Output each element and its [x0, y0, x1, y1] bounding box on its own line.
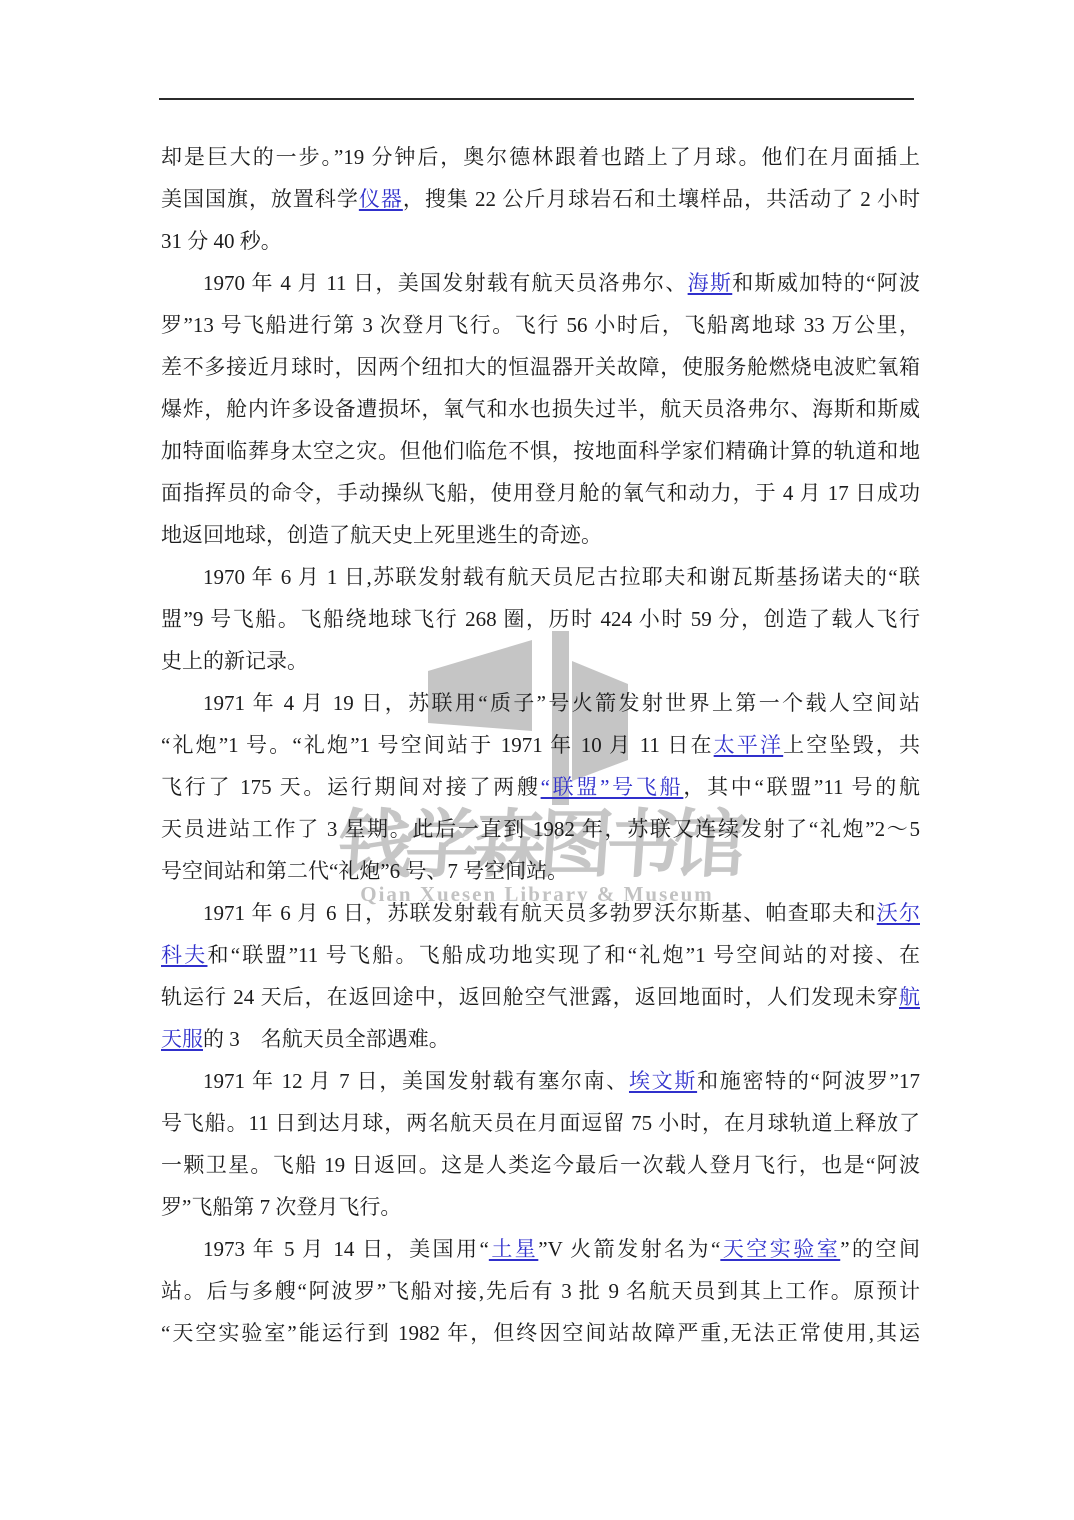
- text-line: 科夫和“联盟”11 号飞船。飞船成功地实现了和“礼炮”1 号空间站的对接、在: [161, 934, 920, 976]
- text-run: 1970 年 4 月 11 日，美国发射载有航天员洛弗尔、: [203, 271, 688, 295]
- doc-link[interactable]: 沃尔: [877, 901, 920, 925]
- doc-link[interactable]: 科夫: [161, 943, 207, 967]
- text-run: 面指挥员的命令，手动操纵飞船，使用登月舱的氧气和动力，于 4 月 17 日成功: [161, 481, 920, 505]
- text-run: 却是巨大的一步。”19 分钟后，奥尔德林跟着也踏上了月球。他们在月面插上: [161, 145, 920, 169]
- text-run: 1971 年 12 月 7 日，美国发射载有塞尔南、: [203, 1069, 629, 1093]
- text-run: ”V 火箭发射名为“: [538, 1237, 720, 1261]
- doc-link[interactable]: 仪器: [359, 187, 403, 211]
- document-page: 钱学森图书馆 Qian Xuesen Library & Museum 却是巨大…: [0, 0, 1074, 1520]
- text-run: 轨运行 24 天后，在返回途中，返回舱空气泄露，返回地面时，人们发现未穿: [161, 985, 899, 1009]
- text-line: 地返回地球，创造了航天史上死里逃生的奇迹。: [161, 514, 920, 556]
- text-run: 和斯威加特的“阿波: [732, 271, 920, 295]
- text-run: 号空间站和第二代“礼炮”6 号、7 号空间站。: [161, 859, 568, 883]
- text-run: 美国国旗，放置科学: [161, 187, 359, 211]
- text-run: 1971 年 4 月 19 日，苏联用“质子”号火箭发射世界上第一个载人空间站: [203, 691, 920, 715]
- text-run: 加特面临葬身太空之灾。但他们临危不惧，按地面科学家们精确计算的轨道和地: [161, 439, 920, 463]
- text-run: 地返回地球，创造了航天史上死里逃生的奇迹。: [161, 523, 602, 547]
- text-line: 美国国旗，放置科学仪器，搜集 22 公斤月球岩石和土壤样品，共活动了 2 小时: [161, 178, 920, 220]
- doc-link[interactable]: 埃文斯: [629, 1069, 697, 1093]
- text-run: 天员进站工作了 3 星期。此后一直到 1982 年，苏联又连续发射了“礼炮”2～…: [161, 817, 920, 841]
- text-run: 罗”13 号飞船进行第 3 次登月飞行。飞行 56 小时后，飞船离地球 33 万…: [161, 313, 920, 337]
- text-line: 史上的新记录。: [161, 640, 920, 682]
- text-run: 一颗卫星。飞船 19 日返回。这是人类迄今最后一次载人登月飞行，也是“阿波: [161, 1153, 920, 1177]
- text-line: 飞行了 175 天。运行期间对接了两艘“联盟”号飞船，其中“联盟”11 号的航: [161, 766, 920, 808]
- text-run: 上空坠毁，共: [783, 733, 920, 757]
- text-line: “天空实验室”能运行到 1982 年，但终因空间站故障严重,无法正常使用,其运: [161, 1312, 920, 1354]
- doc-link[interactable]: 海斯: [688, 271, 733, 295]
- text-line: 差不多接近月球时，因两个纽扣大的恒温器开关故障，使服务舱燃烧电波贮氧箱: [161, 346, 920, 388]
- text-line: 却是巨大的一步。”19 分钟后，奥尔德林跟着也踏上了月球。他们在月面插上: [161, 136, 920, 178]
- text-line: 号飞船。11 日到达月球，两名航天员在月面逗留 75 小时，在月球轨道上释放了: [161, 1102, 920, 1144]
- text-line: 31 分 40 秒。: [161, 220, 920, 262]
- doc-link[interactable]: 天空实验室: [720, 1237, 840, 1261]
- text-line: 轨运行 24 天后，在返回途中，返回舱空气泄露，返回地面时，人们发现未穿航: [161, 976, 920, 1018]
- text-run: 差不多接近月球时，因两个纽扣大的恒温器开关故障，使服务舱燃烧电波贮氧箱: [161, 355, 920, 379]
- text-run: “天空实验室”能运行到 1982 年，但终因空间站故障严重,无法正常使用,其运: [161, 1321, 920, 1345]
- paragraph: 1971 年 4 月 19 日，苏联用“质子”号火箭发射世界上第一个载人空间站“…: [161, 682, 920, 892]
- text-line: 面指挥员的命令，手动操纵飞船，使用登月舱的氧气和动力，于 4 月 17 日成功: [161, 472, 920, 514]
- text-line: “礼炮”1 号。“礼炮”1 号空间站于 1971 年 10 月 11 日在太平洋…: [161, 724, 920, 766]
- paragraph: 1971 年 12 月 7 日，美国发射载有塞尔南、埃文斯和施密特的“阿波罗”1…: [161, 1060, 920, 1228]
- text-line: 罗”飞船第 7 次登月飞行。: [161, 1186, 920, 1228]
- text-line: 盟”9 号飞船。飞船绕地球飞行 268 圈，历时 424 小时 59 分，创造了…: [161, 598, 920, 640]
- text-run: 1973 年 5 月 14 日，美国用“: [203, 1237, 489, 1261]
- text-line: 1970 年 4 月 11 日，美国发射载有航天员洛弗尔、海斯和斯威加特的“阿波: [161, 262, 920, 304]
- text-run: 31 分 40 秒。: [161, 229, 282, 253]
- paragraph: 却是巨大的一步。”19 分钟后，奥尔德林跟着也踏上了月球。他们在月面插上美国国旗…: [161, 136, 920, 262]
- text-line: 天员进站工作了 3 星期。此后一直到 1982 年，苏联又连续发射了“礼炮”2～…: [161, 808, 920, 850]
- text-line: 罗”13 号飞船进行第 3 次登月飞行。飞行 56 小时后，飞船离地球 33 万…: [161, 304, 920, 346]
- document-body: 却是巨大的一步。”19 分钟后，奥尔德林跟着也踏上了月球。他们在月面插上美国国旗…: [161, 136, 920, 1354]
- text-run: ”的空间: [840, 1237, 920, 1261]
- doc-link[interactable]: “联盟”号飞船: [541, 775, 684, 799]
- doc-link[interactable]: 航: [899, 985, 920, 1009]
- text-line: 加特面临葬身太空之灾。但他们临危不惧，按地面科学家们精确计算的轨道和地: [161, 430, 920, 472]
- text-run: 飞行了 175 天。运行期间对接了两艘: [161, 775, 541, 799]
- text-line: 1971 年 12 月 7 日，美国发射载有塞尔南、埃文斯和施密特的“阿波罗”1…: [161, 1060, 920, 1102]
- text-run: 站。后与多艘“阿波罗”飞船对接,先后有 3 批 9 名航天员到其上工作。原预计: [161, 1279, 920, 1303]
- text-run: 和施密特的“阿波罗”17: [697, 1069, 920, 1093]
- paragraph: 1970 年 4 月 11 日，美国发射载有航天员洛弗尔、海斯和斯威加特的“阿波…: [161, 262, 920, 556]
- paragraph: 1971 年 6 月 6 日，苏联发射载有航天员多勃罗沃尔斯基、帕查耶夫和沃尔科…: [161, 892, 920, 1060]
- text-line: 1973 年 5 月 14 日，美国用“土星”V 火箭发射名为“天空实验室”的空…: [161, 1228, 920, 1270]
- text-run: 爆炸，舱内许多设备遭损坏，氧气和水也损失过半，航天员洛弗尔、海斯和斯威: [161, 397, 920, 421]
- text-line: 号空间站和第二代“礼炮”6 号、7 号空间站。: [161, 850, 920, 892]
- text-line: 1970 年 6 月 1 日,苏联发射载有航天员尼古拉耶夫和谢瓦斯基扬诺夫的“联: [161, 556, 920, 598]
- text-line: 一颗卫星。飞船 19 日返回。这是人类迄今最后一次载人登月飞行，也是“阿波: [161, 1144, 920, 1186]
- header-rule: [159, 98, 914, 100]
- doc-link[interactable]: 太平洋: [714, 733, 784, 757]
- text-run: 和“联盟”11 号飞船。飞船成功地实现了和“礼炮”1 号空间站的对接、在: [207, 943, 920, 967]
- paragraph: 1973 年 5 月 14 日，美国用“土星”V 火箭发射名为“天空实验室”的空…: [161, 1228, 920, 1354]
- text-run: 的 3 名航天员全部遇难。: [203, 1027, 450, 1051]
- text-run: 号飞船。11 日到达月球，两名航天员在月面逗留 75 小时，在月球轨道上释放了: [161, 1111, 920, 1135]
- text-run: 盟”9 号飞船。飞船绕地球飞行 268 圈，历时 424 小时 59 分，创造了…: [161, 607, 920, 631]
- text-run: 1970 年 6 月 1 日,苏联发射载有航天员尼古拉耶夫和谢瓦斯基扬诺夫的“联: [203, 565, 920, 589]
- text-run: ，搜集 22 公斤月球岩石和土壤样品，共活动了 2 小时: [403, 187, 920, 211]
- doc-link[interactable]: 土星: [489, 1237, 538, 1261]
- text-line: 站。后与多艘“阿波罗”飞船对接,先后有 3 批 9 名航天员到其上工作。原预计: [161, 1270, 920, 1312]
- text-line: 1971 年 4 月 19 日，苏联用“质子”号火箭发射世界上第一个载人空间站: [161, 682, 920, 724]
- text-line: 天服的 3 名航天员全部遇难。: [161, 1018, 920, 1060]
- text-run: 罗”飞船第 7 次登月飞行。: [161, 1195, 401, 1219]
- text-run: 1971 年 6 月 6 日，苏联发射载有航天员多勃罗沃尔斯基、帕查耶夫和: [203, 901, 877, 925]
- paragraph: 1970 年 6 月 1 日,苏联发射载有航天员尼古拉耶夫和谢瓦斯基扬诺夫的“联…: [161, 556, 920, 682]
- doc-link[interactable]: 天服: [161, 1027, 203, 1051]
- text-run: “礼炮”1 号。“礼炮”1 号空间站于 1971 年 10 月 11 日在: [161, 733, 714, 757]
- text-run: ，其中“联盟”11 号的航: [683, 775, 920, 799]
- text-line: 爆炸，舱内许多设备遭损坏，氧气和水也损失过半，航天员洛弗尔、海斯和斯威: [161, 388, 920, 430]
- text-line: 1971 年 6 月 6 日，苏联发射载有航天员多勃罗沃尔斯基、帕查耶夫和沃尔: [161, 892, 920, 934]
- text-run: 史上的新记录。: [161, 649, 308, 673]
